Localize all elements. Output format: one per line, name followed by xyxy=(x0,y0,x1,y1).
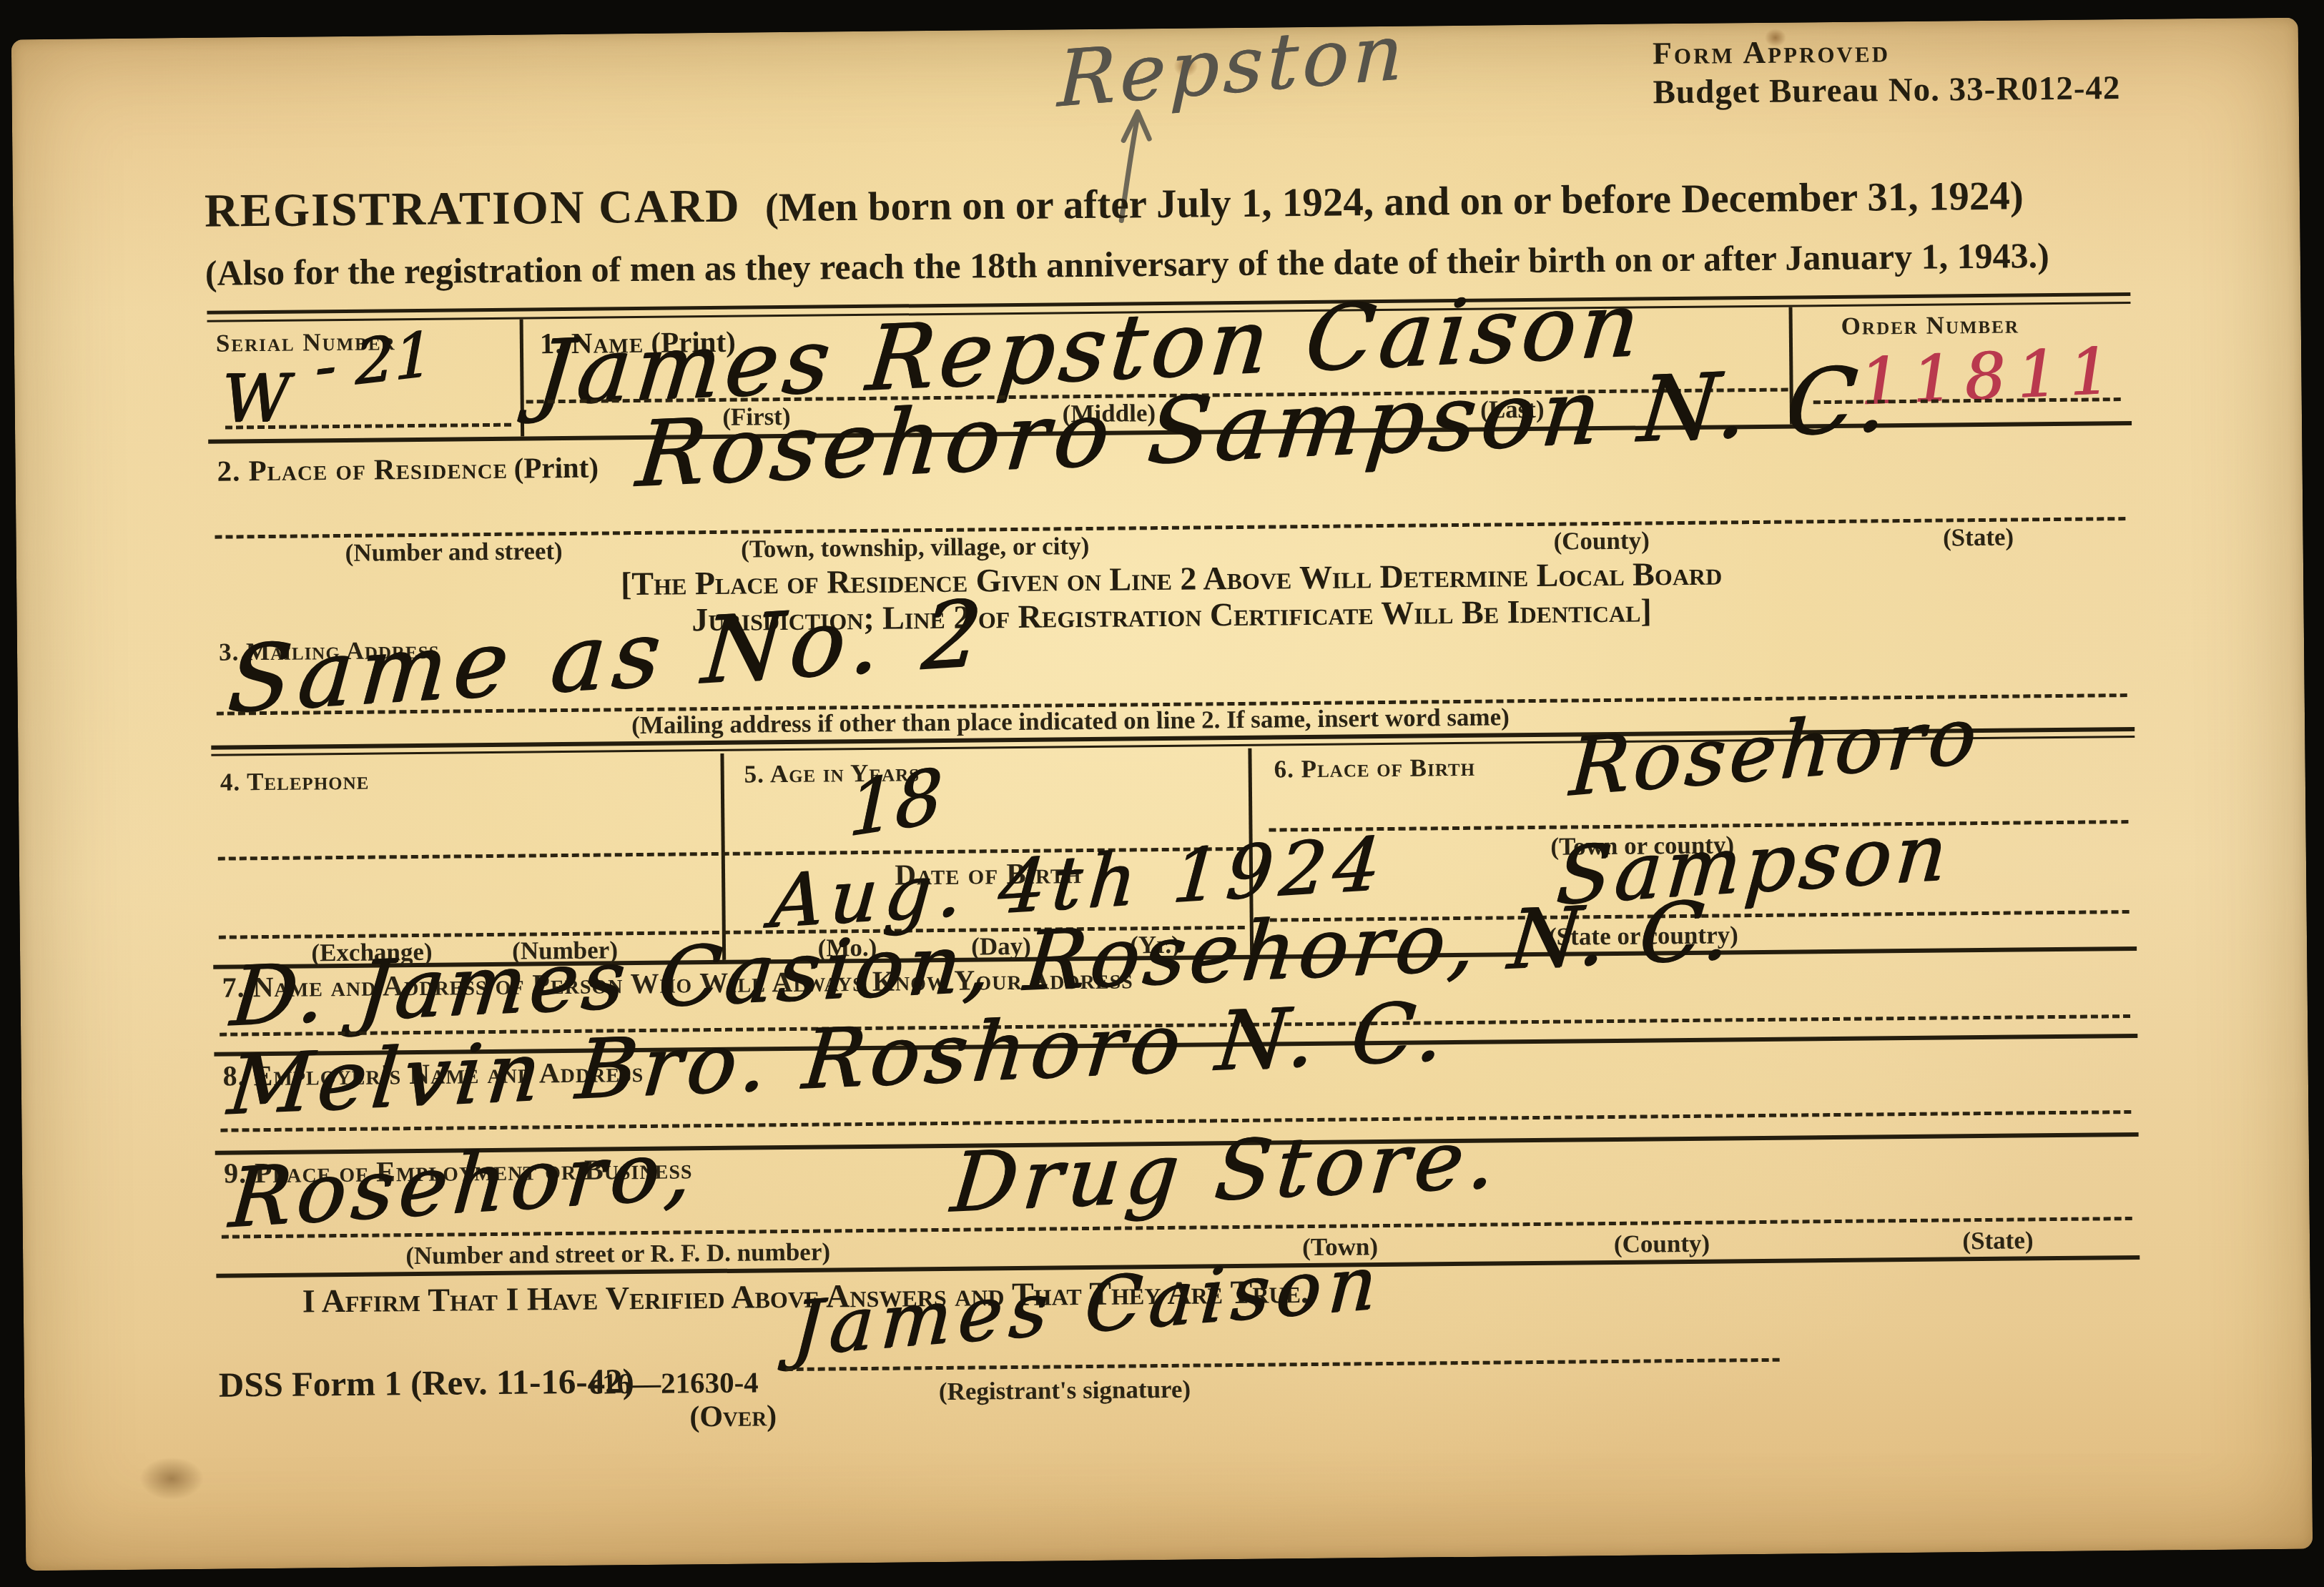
serial-prefix-value: W xyxy=(222,366,290,432)
card-title: REGISTRATION CARD xyxy=(205,180,741,237)
over-note: (Over) xyxy=(689,1399,777,1434)
telephone-label: 4. Telephone xyxy=(220,767,370,797)
form-number: DSS Form 1 xyxy=(219,1363,402,1404)
budget-bureau-number: Budget Bureau No. 33-R012-42 xyxy=(1653,67,2253,112)
residence-print-hint: (Print) xyxy=(513,451,599,485)
title-qualifier: (Men born on or after July 1, 1924, and … xyxy=(765,173,2024,230)
employment-state-sub-label: (State) xyxy=(1962,1226,2034,1255)
town-township-sub-label: (Town, township, village, or city) xyxy=(741,532,1090,564)
serial-number-value: - 21 xyxy=(315,323,433,398)
order-number-value: 11811 xyxy=(1858,339,2123,415)
row-residence: 2. Place of Residence (Print) Rosehoro S… xyxy=(208,425,2133,570)
form-approved-text: Form Approved xyxy=(1653,29,2253,71)
form-identifier: DSS Form 1 (Rev. 11-16-42) xyxy=(219,1360,635,1405)
registration-card: Repston Form Approved Budget Bureau No. … xyxy=(11,18,2313,1571)
print-code: c16—21630-4 xyxy=(589,1365,759,1400)
registrant-signature-sub-label: (Registrant's signature) xyxy=(939,1375,1191,1406)
title-line: REGISTRATION CARD(Men born on or after J… xyxy=(205,164,2293,239)
paper-stain xyxy=(139,1457,205,1501)
residence-label: 2. Place of Residence (Print) xyxy=(217,450,599,488)
employment-business-value: Drug Store. xyxy=(948,1117,1504,1224)
scanner-background: { "annotations": { "pencil_name": "Repst… xyxy=(0,0,2324,1587)
number-street-rfd-sub-label: (Number and street or R. F. D. number) xyxy=(405,1237,830,1270)
county-sub-label: (County) xyxy=(1553,526,1650,555)
title-subtitle: (Also for the registration of men as the… xyxy=(205,232,2293,294)
age-value: 18 xyxy=(847,758,943,847)
number-street-sub-label: (Number and street) xyxy=(345,537,563,568)
order-number-label: Order Number xyxy=(1841,310,2020,340)
place-of-birth-label: 6. Place of Birth xyxy=(1274,753,1475,784)
state-sub-label: (State) xyxy=(1943,523,2014,553)
form-approval-block: Form Approved Budget Bureau No. 33-R012-… xyxy=(1653,29,2254,112)
employment-county-sub-label: (County) xyxy=(1614,1230,1710,1259)
residence-dotted-line xyxy=(215,517,2125,539)
column-divider xyxy=(520,320,525,437)
residence-label-text: 2. Place of Residence xyxy=(217,452,508,488)
